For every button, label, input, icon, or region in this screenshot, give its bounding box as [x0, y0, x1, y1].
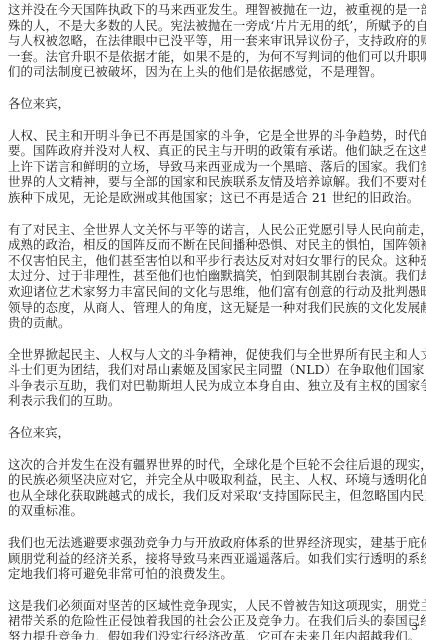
paragraph-spacer [8, 331, 420, 347]
text-line: 各位来宾， [8, 96, 420, 112]
text-line: 一套。法官升职不是依据才能，如果不是的，为何不写判词的他们可以升职呢？我 [8, 49, 420, 65]
text-line: 领导的态度，从商人、管理人的角度，这无疑是一种对我们民族的文化发展献出宝 [8, 300, 420, 316]
text-line: 努力提升竞争力，假如我们没实行经济改革，它可在未来几年内超越我们。 [8, 629, 420, 640]
text-line: 们的司法制度已被破坏，因为在上头的他们是依据感觉，不是理智。 [8, 64, 420, 80]
paragraph-globalization: 这次的合并发生在没有疆界世界的时代，全球化是个巨轮不会往后退的现实，我们 的民族… [8, 457, 420, 519]
text-line: 斗士们更为团结，我们对昂山素姬及国家民主同盟（NLD）在争取他们国家民主的 [8, 362, 420, 378]
text-line: 这次的合并发生在没有疆界世界的时代，全球化是个巨轮不会往后退的现实，我们 [8, 457, 420, 473]
text-line: 全世界掀起民主、人权与人文的斗争精神，促使我们与全世界所有民主和人文关怀 [8, 347, 420, 363]
paragraph-spacer [8, 409, 420, 425]
text-line: 欢迎诸位艺术家努力丰富民间的文化与思维，他们富有创意的行动及批判愚昧权力 [8, 284, 420, 300]
text-line: 有了对民主、全世界人文关怀与平等的诺言，人民公正党愿引导人民向前走，朝向 [8, 222, 420, 238]
text-line: 这是我们必须面对坚苦的区域性竞争现实，人民不曾被告知这项现实，朋党主义与 [8, 598, 420, 614]
text-line: 与人权被忽略，在法律眼中已没平等，用一套来审讯异议份子，支持政府的则用另 [8, 33, 420, 49]
text-line: 要。国阵政府并没对人权、真正的民主与开明的政策有承诺。他们缺乏在这些课题 [8, 143, 420, 159]
paragraph-spacer [8, 519, 420, 535]
text-line: 族种下成见，无论是欧洲或其他国家；这已不再是适合 21 世纪的旧政治。 [8, 190, 420, 206]
text-line: 贵的贡献。 [8, 315, 420, 331]
text-line: 定地我们将可避免非常可怕的浪费发生。 [8, 566, 420, 582]
paragraph-human-rights: 人权、民主和开明斗争已不再是国家的斗争，它是全世界的斗争趋势，时代的需 要。国阵… [8, 128, 420, 206]
document-page: 这并没在今天国阵执政下的马来西亚发生。理智被抛在一边，被重视的是一部分特 殊的人… [8, 2, 420, 640]
text-line: 也从全球化获取跳越式的成长，我们反对采取‘支持国际民主，但忽略国内民主’ [8, 488, 420, 504]
text-line: 的双重标准。 [8, 503, 420, 519]
text-line: 殊的人，不是大多数的人民。宪法被抛在一旁成‘片片无用的纸’，所赋予的自由 [8, 18, 420, 34]
paragraph-spacer [8, 206, 420, 222]
text-line: 人权、民主和开明斗争已不再是国家的斗争，它是全世界的斗争趋势，时代的需 [8, 128, 420, 144]
text-line: 的民族必须坚决应对它，并完全从中吸取利益，民主、人权、环境与透明化的斗争 [8, 472, 420, 488]
paragraph-spacer [8, 80, 420, 96]
text-line: 我们也无法逃避要求强劲竞争力与开放政府体系的世界经济现实，建基于庇佑为照 [8, 535, 420, 551]
text-line: 顾朋党利益的经济关系，接将导致马来西亚遥遥落后。如我们实行透明的系统，肯 [8, 551, 420, 567]
paragraph-spacer [8, 441, 420, 457]
text-line: 不仅害怕民主，他们甚至害怕以和平步行表达反对对妇女罪行的民众。这种恐惧是 [8, 253, 420, 269]
paragraph-solidarity: 全世界掀起民主、人权与人文的斗争精神，促使我们与全世界所有民主和人文关怀 斗士们… [8, 347, 420, 409]
text-line: 利表示我们的互助。 [8, 393, 420, 409]
text-line: 上许下诺言和鲜明的立场，导致马来西亚成为一个黑暗、落后的国家。我们赏识全 [8, 159, 420, 175]
paragraph-spacer [8, 582, 420, 598]
paragraph-spacer [8, 112, 420, 128]
text-line: 成熟的政治，相反的国阵反而不断在民间播种恐惧、对民主的惧怕，国阵领袖本身 [8, 237, 420, 253]
paragraph-regional-competition: 这是我们必须面对坚苦的区域性竞争现实，人民不曾被告知这项现实，朋党主义与 裙带关… [8, 598, 420, 640]
greeting-line: 各位来宾， [8, 96, 420, 112]
text-line: 这并没在今天国阵执政下的马来西亚发生。理智被抛在一边，被重视的是一部分特 [8, 2, 420, 18]
text-line: 各位来宾， [8, 425, 420, 441]
paragraph-judiciary: 这并没在今天国阵执政下的马来西亚发生。理智被抛在一边，被重视的是一部分特 殊的人… [8, 2, 420, 80]
greeting-line: 各位来宾， [8, 425, 420, 441]
text-line: 太过分、过于非理性，甚至他们也怕幽默搞笑，怕到限制其剧台表演。我们却反而 [8, 268, 420, 284]
page-number: 3 [412, 622, 418, 634]
text-line: 裙带关系的危险性正侵蚀着我国的社会公正及竞争力。在我们后头的泰国已经加倍 [8, 613, 420, 629]
text-line: 斗争表示互助，我们对巴勒斯坦人民为成立本身自由、独立及有主权的国家争取权 [8, 378, 420, 394]
paragraph-economic-reality: 我们也无法逃避要求强劲竞争力与开放政府体系的世界经济现实，建基于庇佑为照 顾朋党… [8, 535, 420, 582]
paragraph-democracy-pledge: 有了对民主、全世界人文关怀与平等的诺言，人民公正党愿引导人民向前走，朝向 成熟的… [8, 222, 420, 331]
text-line: 世界的人文精神，要与全部的国家和民族联系友情及培养谅解。我们不要对任何民 [8, 174, 420, 190]
